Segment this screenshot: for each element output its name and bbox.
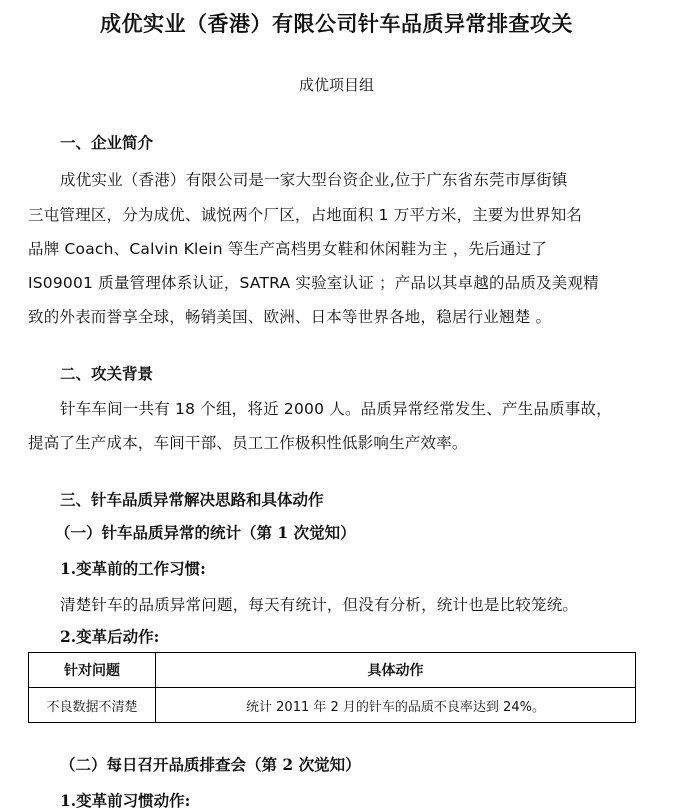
table-cell-problem: 不良数据不清楚 <box>29 688 156 723</box>
step-text-before: 清楚针车的品质异常问题，每天有统计，但没有分析，统计也是比较笼统。 <box>60 593 578 615</box>
table-header-problem: 针对问题 <box>29 653 156 688</box>
paragraph-line: 成优实业（香港）有限公司是一家大型台资企业,位于广东省东莞市厚街镇 <box>60 168 568 190</box>
section-heading-background: 二、攻关背景 <box>60 362 153 384</box>
paragraph-line: 三屯管理区，分为成优、诚悦两个厂区，占地面积 1 万平方米，主要为世界知名 <box>28 203 582 225</box>
step-heading-after: 2.变革后动作: <box>60 625 159 647</box>
subsection-heading-statistics: （一）针车品质异常的统计（第 1 次觉知） <box>55 521 356 543</box>
table-cell-action: 统计 2011 年 2 月的针车的品质不良率达到 24%。 <box>156 688 636 723</box>
step-heading-before: 1.变革前的工作习惯: <box>60 557 206 579</box>
document-author: 成优项目组 <box>0 74 673 95</box>
paragraph-line: 提高了生产成本，车间干部、员工工作极积性低影响生产效率。 <box>28 431 468 453</box>
section-heading-solution: 三、针车品质异常解决思路和具体动作 <box>60 488 324 510</box>
actions-table: 针对问题 具体动作 不良数据不清楚 统计 2011 年 2 月的针车的品质不良率… <box>28 652 636 723</box>
paragraph-line: 致的外表而誉享全球，畅销美国、欧洲、日本等世界各地，稳居行业翘楚 。 <box>28 305 551 327</box>
paragraph-line: 针车车间一共有 18 个组，将近 2000 人。品质异常经常发生、产生品质事故， <box>60 397 612 419</box>
table-row: 不良数据不清楚 统计 2011 年 2 月的针车的品质不良率达到 24%。 <box>29 688 636 723</box>
section-heading-company-intro: 一、企业简介 <box>60 131 153 153</box>
step-heading-before-2: 1.变革前习惯动作: <box>60 789 190 811</box>
document-title: 成优实业（香港）有限公司针车品质异常排查攻关 <box>0 8 673 38</box>
paragraph-line: 品牌 Coach、Calvin Klein 等生产高档男女鞋和休闲鞋为主 ，先后… <box>28 237 547 259</box>
table-header-row: 针对问题 具体动作 <box>29 653 636 688</box>
subsection-heading-daily-meeting: （二）每日召开品质排查会（第 2 次觉知） <box>60 753 361 775</box>
table-header-action: 具体动作 <box>156 653 636 688</box>
paragraph-line: IS09001 质量管理体系认证，SATRA 实验室认证 ；产品以其卓越的品质及… <box>28 271 599 293</box>
